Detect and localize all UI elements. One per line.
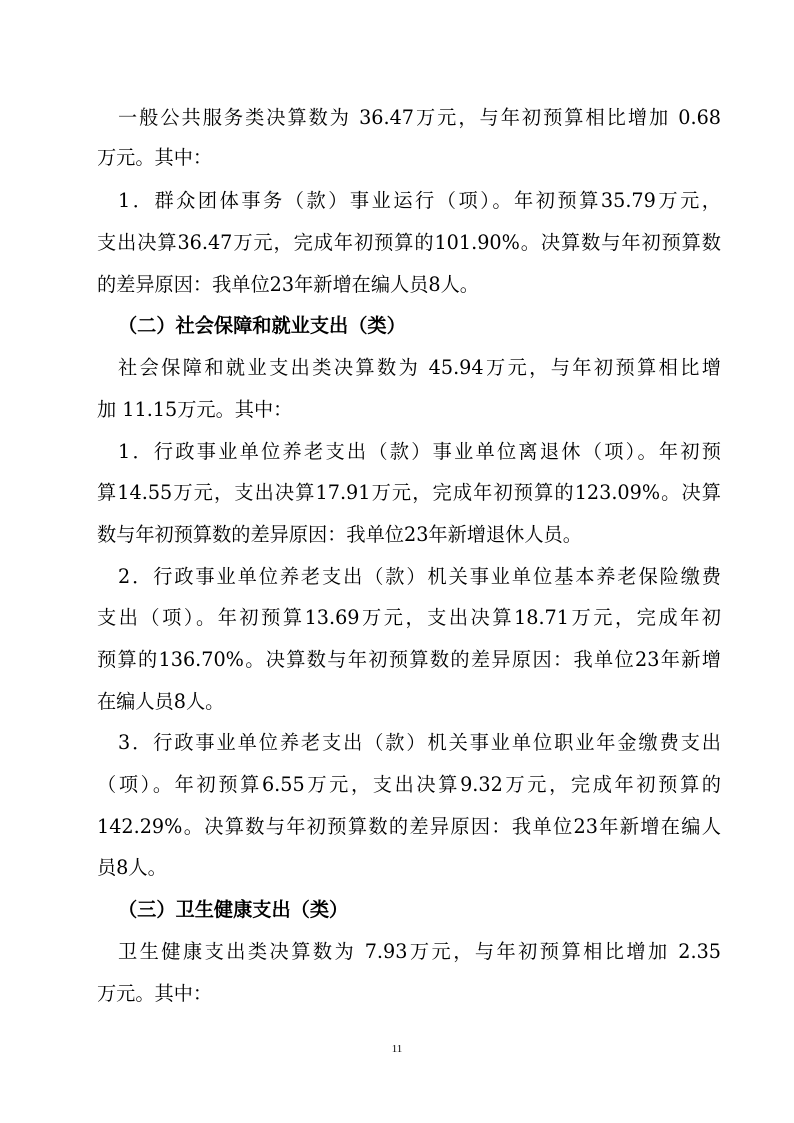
- paragraph-social-security-line-2: 加 11.15万元。其中：: [97, 395, 721, 425]
- item-mass-organization-line-3: 的差异原因：我单位23年新增在编人员8人。: [97, 270, 721, 300]
- item-basic-pension-line-3: 预算的136.70%。决算数与年初预算数的差异原因：我单位23年新增: [97, 645, 721, 675]
- paragraph-social-security-line-1: 社会保障和就业支出类决算数为 45.94万元，与年初预算相比增: [118, 353, 721, 383]
- item-retirement-line-2: 算14.55万元，支出决算17.91万元，完成年初预算的123.09%。决算: [97, 478, 721, 508]
- item-mass-organization-line-2: 支出决算36.47万元，完成年初预算的101.90%。决算数与年初预算数: [97, 228, 721, 258]
- paragraph-general-public-services-line-2: 万元。其中：: [97, 143, 721, 173]
- item-occupational-annuity-line-1: 3．行政事业单位养老支出（款）机关事业单位职业年金缴费支出: [118, 728, 721, 758]
- paragraph-health-line-2: 万元。其中：: [97, 979, 721, 1009]
- item-retirement-line-1: 1．行政事业单位养老支出（款）事业单位离退休（项）。年初预: [118, 437, 721, 467]
- paragraph-health-line-1: 卫生健康支出类决算数为 7.93万元，与年初预算相比增加 2.35: [118, 937, 721, 967]
- item-occupational-annuity-line-3: 142.29%。决算数与年初预算数的差异原因：我单位23年新增在编人: [97, 812, 721, 842]
- item-mass-organization-line-1: 1．群众团体事务（款）事业运行（项）。年初预算35.79万元，: [118, 186, 721, 216]
- item-basic-pension-line-2: 支出（项）。年初预算13.69万元，支出决算18.71万元，完成年初: [97, 603, 721, 633]
- item-basic-pension-line-4: 在编人员8人。: [97, 687, 721, 717]
- item-basic-pension-line-1: 2．行政事业单位养老支出（款）机关事业单位基本养老保险缴费: [118, 562, 721, 592]
- document-page: 一般公共服务类决算数为 36.47万元，与年初预算相比增加 0.68 万元。其中…: [0, 0, 794, 1123]
- section-heading-health: （三）卫生健康支出（类）: [118, 895, 348, 925]
- item-occupational-annuity-line-4: 员8人。: [97, 853, 721, 883]
- page-number: 11: [0, 1043, 794, 1055]
- item-occupational-annuity-line-2: （项）。年初预算6.55万元，支出决算9.32万元，完成年初预算的: [97, 770, 721, 800]
- section-heading-social-security: （二）社会保障和就业支出（类）: [118, 311, 406, 341]
- item-retirement-line-3: 数与年初预算数的差异原因：我单位23年新增退休人员。: [97, 520, 721, 550]
- paragraph-general-public-services-line-1: 一般公共服务类决算数为 36.47万元，与年初预算相比增加 0.68: [118, 103, 721, 133]
